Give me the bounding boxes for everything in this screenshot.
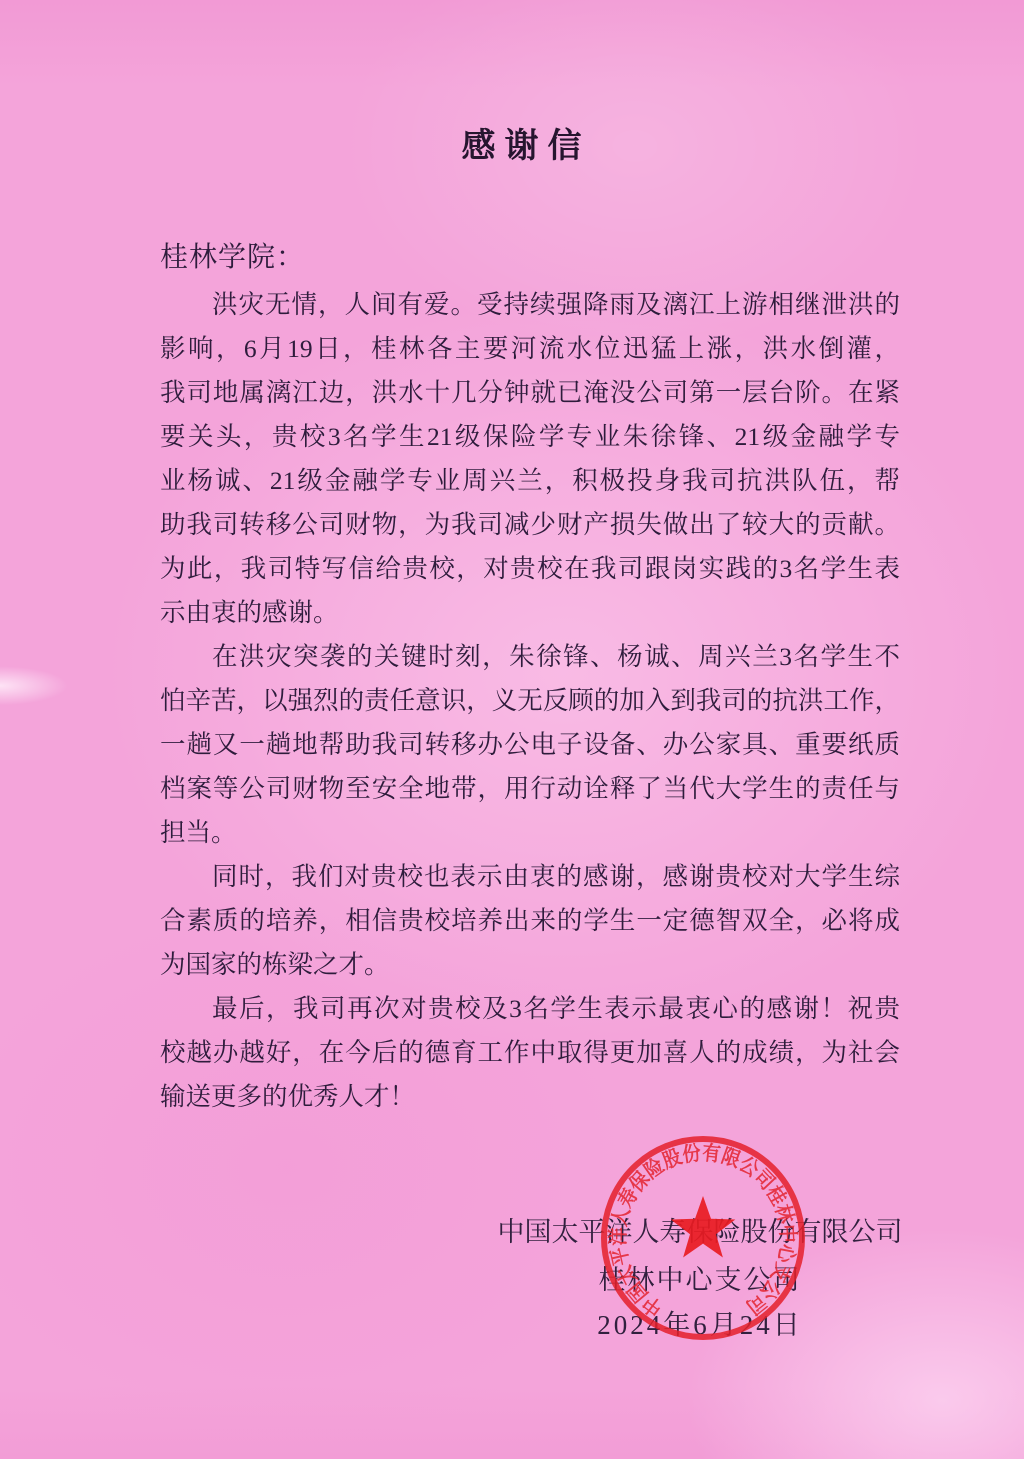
- body-line: 业杨诚、21级金融学专业周兴兰，积极投身我司抗洪队伍，帮: [160, 459, 900, 503]
- body-line: 要关头，贵校3名学生21级保险学专业朱徐锋、21级金融学专: [160, 415, 900, 459]
- body-line: 校越办越好，在今后的德育工作中取得更加喜人的成绩，为社会: [160, 1031, 900, 1075]
- letter-title: 感谢信: [14, 118, 1024, 167]
- letter-page: 感谢信 桂林学院： 洪灾无情，人间有爱。受持续强降雨及漓江上游相继泄洪的影响，6…: [0, 0, 1024, 1459]
- body-line: 助我司转移公司财物，为我司减少财产损失做出了较大的贡献。: [160, 503, 900, 547]
- body-line: 输送更多的优秀人才！: [160, 1075, 900, 1119]
- signature-branch-name: 桂林中心支公司: [465, 1258, 935, 1297]
- letter-body: 洪灾无情，人间有爱。受持续强降雨及漓江上游相继泄洪的影响，6月19日，桂林各主要…: [160, 283, 900, 1119]
- body-line: 影响，6月19日，桂林各主要河流水位迅猛上涨，洪水倒灌，: [160, 327, 900, 371]
- letter-salutation: 桂林学院：: [160, 235, 305, 275]
- body-line: 担当。: [160, 811, 900, 855]
- body-line: 怕辛苦，以强烈的责任意识，义无反顾的加入到我司的抗洪工作，: [160, 679, 900, 723]
- body-line: 一趟又一趟地帮助我司转移办公电子设备、办公家具、重要纸质: [160, 723, 900, 767]
- body-line: 示由衷的感谢。: [160, 591, 900, 635]
- body-line: 我司地属漓江边，洪水十几分钟就已淹没公司第一层台阶。在紧: [160, 371, 900, 415]
- signature-company-name: 中国太平洋人寿保险股份有限公司: [465, 1210, 935, 1249]
- body-line: 为此，我司特写信给贵校，对贵校在我司跟岗实践的3名学生表: [160, 547, 900, 591]
- signature-date: 2024年6月24日: [465, 1303, 935, 1342]
- body-line: 洪灾无情，人间有爱。受持续强降雨及漓江上游相继泄洪的: [160, 283, 900, 327]
- body-line: 合素质的培养，相信贵校培养出来的学生一定德智双全，必将成: [160, 899, 900, 943]
- body-line: 为国家的栋梁之才。: [160, 943, 900, 987]
- body-line: 同时，我们对贵校也表示由衷的感谢，感谢贵校对大学生综: [160, 855, 900, 899]
- body-line: 在洪灾突袭的关键时刻，朱徐锋、杨诚、周兴兰3名学生不: [160, 635, 900, 679]
- body-line: 最后，我司再次对贵校及3名学生表示最衷心的感谢！祝贵: [160, 987, 900, 1031]
- body-line: 档案等公司财物至安全地带，用行动诠释了当代大学生的责任与: [160, 767, 900, 811]
